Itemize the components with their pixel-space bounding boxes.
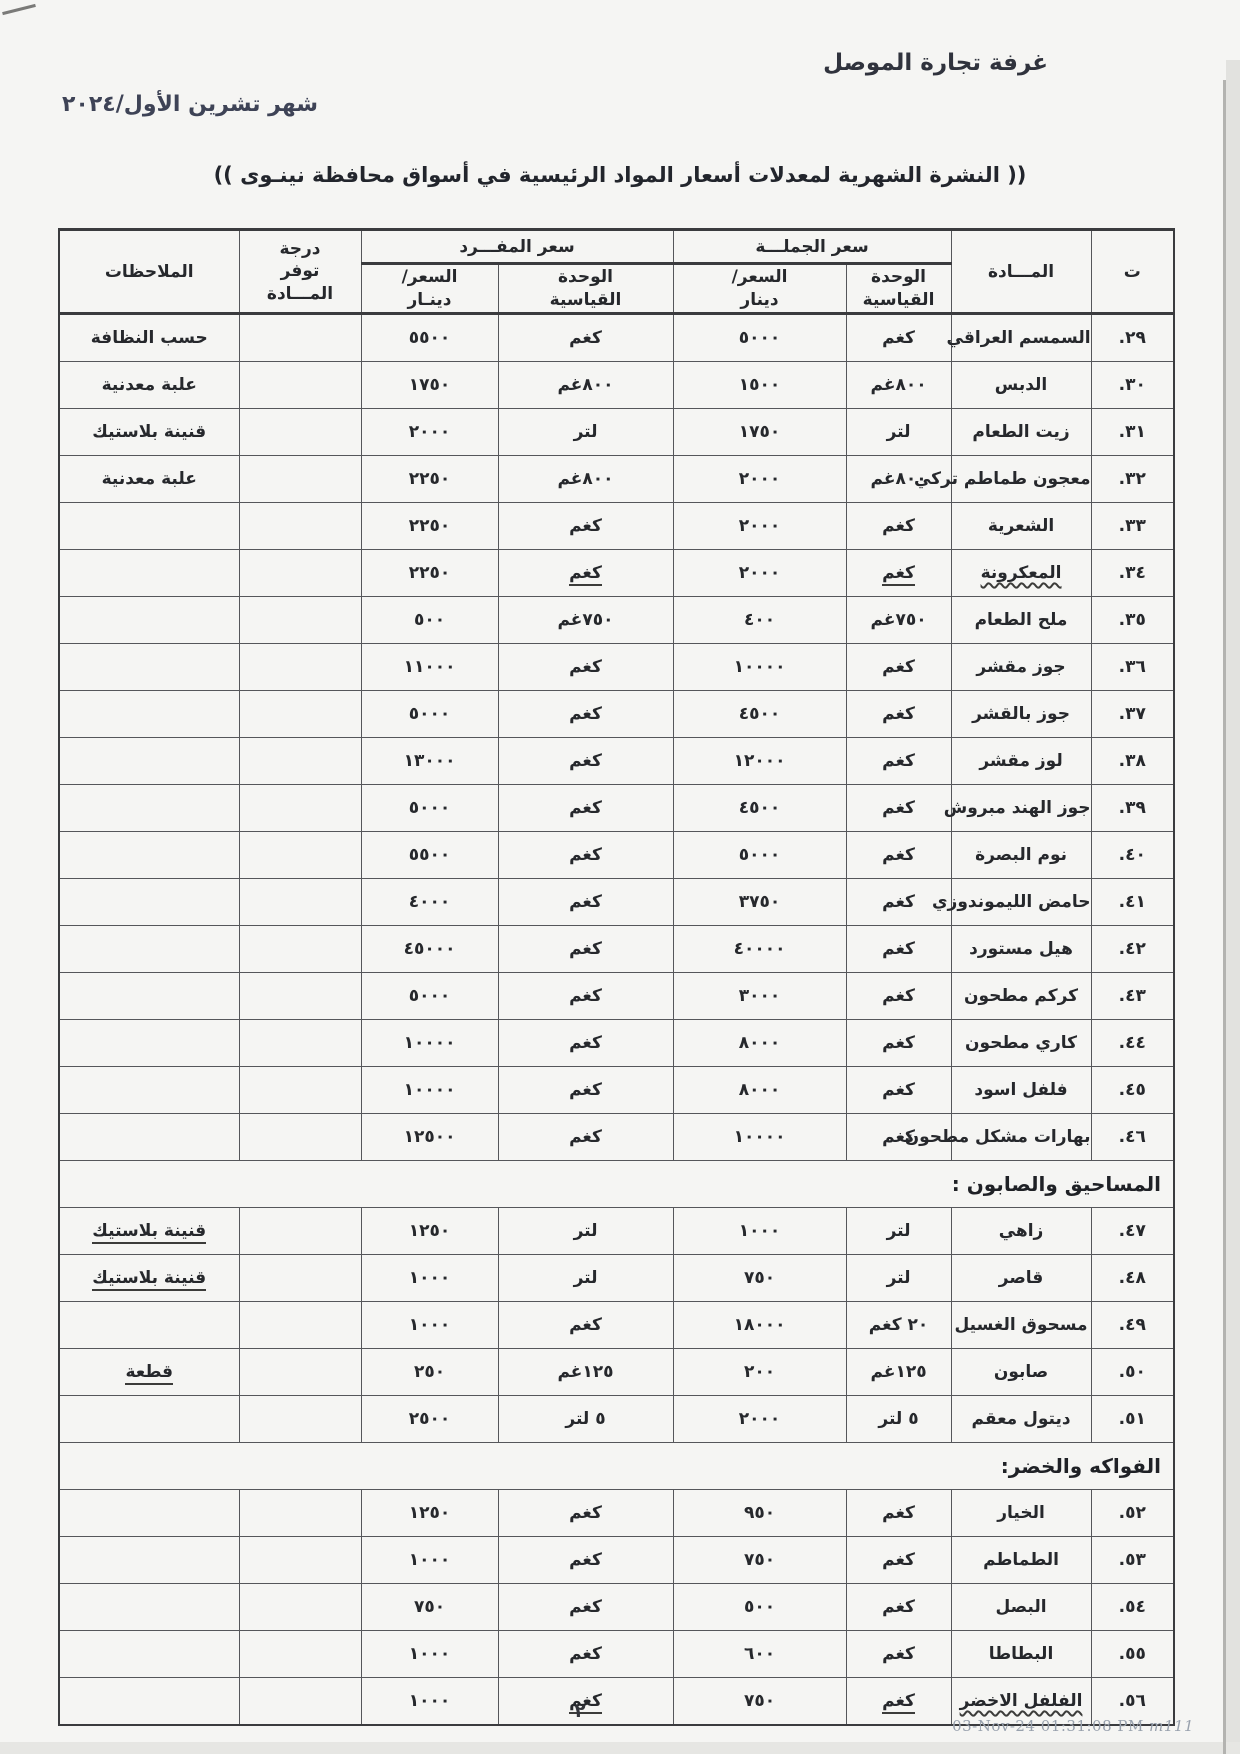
column-header-wholesale-price: السعر/ دينار bbox=[673, 264, 846, 314]
notes-cell bbox=[59, 1631, 239, 1678]
wholesale-unit-cell-text: لتر bbox=[887, 422, 911, 442]
row-number-cell: ٥٣. bbox=[1091, 1537, 1174, 1584]
retail-unit-cell-text: كغم bbox=[569, 1080, 602, 1100]
table-row: ٥٢.الخياركغم٩٥٠كغم١٢٥٠ bbox=[59, 1490, 1174, 1537]
material-cell-text: صابون bbox=[994, 1362, 1048, 1382]
wholesale-unit-cell-text: ٢٠ كغم bbox=[869, 1315, 929, 1335]
availability-cell bbox=[239, 1114, 361, 1161]
retail-unit-cell-text: كغم bbox=[569, 892, 602, 912]
wholesale-unit-cell-text: كغم bbox=[882, 1644, 915, 1664]
wholesale-unit-cell: كغم bbox=[846, 973, 951, 1020]
retail-price-cell: ٢٢٥٠ bbox=[361, 503, 498, 550]
notes-cell bbox=[59, 597, 239, 644]
retail-unit-cell-text: كغم bbox=[569, 986, 602, 1006]
retail-price-cell: ١٢٥٠ bbox=[361, 1208, 498, 1255]
chamber-name: غرفة تجارة الموصل bbox=[823, 50, 1048, 76]
retail-unit-cell-text: كغم bbox=[569, 1597, 602, 1617]
material-cell: الدبس bbox=[951, 362, 1091, 409]
wholesale-price-cell: ٢٠٠٠ bbox=[673, 456, 846, 503]
row-number-cell: ٣٧. bbox=[1091, 691, 1174, 738]
table-row: ٥٠.صابون١٢٥غم٢٠٠١٢٥غم٢٥٠قطعة bbox=[59, 1349, 1174, 1396]
wholesale-price-cell: ١٧٥٠ bbox=[673, 409, 846, 456]
retail-price-cell: ١٠٠٠٠ bbox=[361, 1020, 498, 1067]
notes-cell: قنينة بلاستيك bbox=[59, 1208, 239, 1255]
availability-cell bbox=[239, 503, 361, 550]
wholesale-unit-cell: ٨٠٠غم bbox=[846, 362, 951, 409]
wholesale-unit-cell-text: ١٢٥غم bbox=[870, 1362, 926, 1382]
row-number-cell: ٤٩. bbox=[1091, 1302, 1174, 1349]
material-cell: بهارات مشكل مطحون bbox=[951, 1114, 1091, 1161]
wholesale-price-cell-text: ٢٠٠ bbox=[744, 1362, 775, 1382]
retail-price-cell-text: ٥٠٠٠ bbox=[409, 986, 451, 1006]
unit-header-line-2: القياسية bbox=[499, 289, 673, 311]
notes-cell bbox=[59, 1302, 239, 1349]
retail-unit-cell: كغم bbox=[498, 314, 673, 362]
wholesale-price-cell-text: ٢٠٠٠ bbox=[739, 563, 781, 583]
wholesale-unit-cell-text: كغم bbox=[882, 516, 915, 536]
material-cell-text: حامض الليموندوزي bbox=[932, 892, 1091, 912]
retail-unit-cell-text: كغم bbox=[569, 516, 602, 536]
retail-unit-cell: لتر bbox=[498, 409, 673, 456]
retail-price-cell: ١٠٠٠ bbox=[361, 1255, 498, 1302]
retail-unit-cell-text: كغم bbox=[569, 1127, 602, 1147]
retail-price-cell-text: ١٠٠٠ bbox=[409, 1315, 451, 1335]
retail-price-cell: ٤٥٠٠٠ bbox=[361, 926, 498, 973]
retail-unit-cell-text: كغم bbox=[569, 328, 602, 348]
wholesale-price-cell: ٦٠٠ bbox=[673, 1631, 846, 1678]
table-row: ٤٣.كركم مطحونكغم٣٠٠٠كغم٥٠٠٠ bbox=[59, 973, 1174, 1020]
material-cell: لوز مقشر bbox=[951, 738, 1091, 785]
material-cell-text: مسحوق الغسيل bbox=[954, 1315, 1087, 1335]
retail-price-cell-text: ٢٢٥٠ bbox=[409, 469, 451, 489]
row-number-cell: ٤٣. bbox=[1091, 973, 1174, 1020]
wholesale-unit-cell: لتر bbox=[846, 1255, 951, 1302]
wholesale-price-cell: ٥٠٠٠ bbox=[673, 832, 846, 879]
wholesale-unit-cell: ١٢٥غم bbox=[846, 1349, 951, 1396]
scan-corner-mark bbox=[2, 4, 36, 15]
retail-price-cell-text: ١٣٠٠٠ bbox=[404, 751, 456, 771]
retail-price-cell: ٢٢٥٠ bbox=[361, 456, 498, 503]
material-cell: زيت الطعام bbox=[951, 409, 1091, 456]
column-header-no: ت bbox=[1091, 230, 1174, 314]
availability-cell bbox=[239, 362, 361, 409]
retail-price-cell-text: ٥٥٠٠ bbox=[409, 845, 451, 865]
wholesale-unit-cell: كغم bbox=[846, 785, 951, 832]
retail-price-cell: ٥٠٠ bbox=[361, 597, 498, 644]
retail-price-cell: ١٢٥٠٠ bbox=[361, 1114, 498, 1161]
retail-price-cell-text: ١٢٥٠٠ bbox=[404, 1127, 456, 1147]
retail-unit-cell-text: كغم bbox=[569, 1550, 602, 1570]
wholesale-price-cell: ٧٥٠ bbox=[673, 1255, 846, 1302]
wholesale-unit-cell-text: كغم bbox=[882, 1080, 915, 1100]
retail-price-cell: ٥٠٠٠ bbox=[361, 691, 498, 738]
notes-cell bbox=[59, 691, 239, 738]
wholesale-unit-cell: كغم bbox=[846, 1537, 951, 1584]
wholesale-price-cell-text: ٣٠٠٠ bbox=[739, 986, 781, 1006]
material-cell: الخيار bbox=[951, 1490, 1091, 1537]
material-cell-text: نوم البصرة bbox=[975, 845, 1067, 865]
scan-mark: m111 bbox=[1149, 1717, 1194, 1735]
retail-price-cell-text: ٢٥٠٠ bbox=[409, 1409, 451, 1429]
notes-cell bbox=[59, 973, 239, 1020]
retail-price-cell: ٥٠٠٠ bbox=[361, 973, 498, 1020]
retail-unit-cell: لتر bbox=[498, 1208, 673, 1255]
column-header-retail-unit: الوحدة القياسية bbox=[498, 264, 673, 314]
availability-cell bbox=[239, 1396, 361, 1443]
notes-cell bbox=[59, 1537, 239, 1584]
wholesale-unit-cell: ٧٥٠غم bbox=[846, 597, 951, 644]
row-number-cell-text: ٣٧. bbox=[1119, 704, 1146, 724]
material-cell: جوز الهند مبروش bbox=[951, 785, 1091, 832]
notes-cell bbox=[59, 550, 239, 597]
retail-price-cell-text: ٥٠٠ bbox=[414, 610, 445, 630]
unit-header-line-2: القياسية bbox=[847, 289, 951, 311]
row-number-cell-text: ٤٦. bbox=[1119, 1127, 1146, 1147]
paper-edge-line bbox=[1223, 80, 1226, 1754]
row-number-cell: ٤٦. bbox=[1091, 1114, 1174, 1161]
availability-cell bbox=[239, 1631, 361, 1678]
wholesale-unit-cell-text: كغم bbox=[882, 1597, 915, 1617]
wholesale-unit-cell: كغم bbox=[846, 1020, 951, 1067]
wholesale-price-cell: ١٠٠٠٠ bbox=[673, 1114, 846, 1161]
row-number-cell-text: ٣١. bbox=[1119, 422, 1146, 442]
table-row: ٥١.ديتول معقم٥ لتر٢٠٠٠٥ لتر٢٥٠٠ bbox=[59, 1396, 1174, 1443]
row-number-cell-text: ٥٠. bbox=[1119, 1362, 1146, 1382]
material-cell: جوز مقشر bbox=[951, 644, 1091, 691]
material-cell-text: جوز الهند مبروش bbox=[944, 798, 1091, 818]
material-cell: زاهي bbox=[951, 1208, 1091, 1255]
wholesale-price-cell-text: ٧٥٠ bbox=[744, 1268, 775, 1288]
table-row: ٣٣.الشعريةكغم٢٠٠٠كغم٢٢٥٠ bbox=[59, 503, 1174, 550]
table-row: ٤٦.بهارات مشكل مطحونكغم١٠٠٠٠كغم١٢٥٠٠ bbox=[59, 1114, 1174, 1161]
material-cell-text: البصل bbox=[995, 1597, 1046, 1617]
retail-unit-cell-text: لتر bbox=[574, 422, 598, 442]
table-row: ٥٤.البصلكغم٥٠٠كغم٧٥٠ bbox=[59, 1584, 1174, 1631]
retail-price-cell: ٧٥٠ bbox=[361, 1584, 498, 1631]
table-row: ٣٤.المعكرونةكغم٢٠٠٠كغم٢٢٥٠ bbox=[59, 550, 1174, 597]
price-table: ت المـــادة سعر الجملـــة سعر المفـــرد … bbox=[58, 228, 1175, 1726]
availability-cell bbox=[239, 1208, 361, 1255]
availability-cell bbox=[239, 597, 361, 644]
availability-cell bbox=[239, 879, 361, 926]
retail-price-cell: ٤٠٠٠ bbox=[361, 879, 498, 926]
row-number-cell-text: ٤٣. bbox=[1119, 986, 1146, 1006]
wholesale-price-cell-text: ٢٠٠٠ bbox=[739, 516, 781, 536]
wholesale-price-cell: ٢٠٠٠ bbox=[673, 550, 846, 597]
wholesale-price-cell-text: ١٥٠٠ bbox=[739, 375, 781, 395]
wholesale-price-cell: ١٥٠٠ bbox=[673, 362, 846, 409]
bulletin-title: (( النشرة الشهرية لمعدلات أسعار المواد ا… bbox=[0, 163, 1240, 187]
row-number-cell-text: ٤٠. bbox=[1119, 845, 1146, 865]
retail-unit-cell-text: لتر bbox=[574, 1268, 598, 1288]
retail-price-cell-text: ٤٠٠٠ bbox=[409, 892, 451, 912]
row-number-cell: ٤٢. bbox=[1091, 926, 1174, 973]
material-cell: المعكرونة bbox=[951, 550, 1091, 597]
wholesale-price-header-line-2: دينار bbox=[674, 289, 846, 311]
availability-cell bbox=[239, 832, 361, 879]
wholesale-unit-cell: ٢٠ كغم bbox=[846, 1302, 951, 1349]
wholesale-price-cell: ٤٠٠٠٠ bbox=[673, 926, 846, 973]
material-cell: مسحوق الغسيل bbox=[951, 1302, 1091, 1349]
row-number-cell-text: ٥٤. bbox=[1119, 1597, 1146, 1617]
table-row: ٣٥.ملح الطعام٧٥٠غم٤٠٠٧٥٠غم٥٠٠ bbox=[59, 597, 1174, 644]
row-number-cell-text: ٥١. bbox=[1119, 1409, 1146, 1429]
scan-timestamp-text: 03-Nov-24 01:31:08 PM bbox=[952, 1717, 1144, 1735]
column-group-retail: سعر المفـــرد bbox=[361, 230, 673, 264]
material-cell: السمسم العراقي bbox=[951, 314, 1091, 362]
wholesale-unit-cell: كغم bbox=[846, 1067, 951, 1114]
retail-unit-cell: كغم bbox=[498, 1302, 673, 1349]
retail-unit-cell: كغم bbox=[498, 1114, 673, 1161]
wholesale-unit-cell: كغم bbox=[846, 1631, 951, 1678]
material-cell: الطماطم bbox=[951, 1537, 1091, 1584]
notes-cell bbox=[59, 879, 239, 926]
column-header-material: المـــادة bbox=[951, 230, 1091, 314]
month-label: شهر تشرين الأول/٢٠٢٤ bbox=[62, 92, 318, 117]
row-number-cell: ٣٩. bbox=[1091, 785, 1174, 832]
wholesale-price-cell-text: ٨٠٠٠ bbox=[739, 1080, 781, 1100]
notes-cell-text: علبة معدنية bbox=[102, 469, 197, 489]
retail-unit-cell: كغم bbox=[498, 738, 673, 785]
wholesale-unit-cell-text: كغم bbox=[882, 892, 915, 912]
row-number-cell: ٣٦. bbox=[1091, 644, 1174, 691]
availability-cell bbox=[239, 691, 361, 738]
notes-cell: قطعة bbox=[59, 1349, 239, 1396]
wholesale-unit-cell-text: لتر bbox=[887, 1221, 911, 1241]
table-row: ٣١.زيت الطعاملتر١٧٥٠لتر٢٠٠٠قنينة بلاستيك bbox=[59, 409, 1174, 456]
wholesale-price-cell: ٢٠٠ bbox=[673, 1349, 846, 1396]
retail-price-cell-text: ١٠٠٠٠ bbox=[404, 1033, 456, 1053]
material-cell: جوز بالقشر bbox=[951, 691, 1091, 738]
wholesale-price-cell-text: ٤٥٠٠ bbox=[739, 704, 781, 724]
retail-unit-cell: كغم bbox=[498, 691, 673, 738]
material-cell-text: الشعرية bbox=[988, 516, 1054, 536]
wholesale-price-cell: ٤٥٠٠ bbox=[673, 785, 846, 832]
material-cell: كركم مطحون bbox=[951, 973, 1091, 1020]
retail-unit-cell-text: كغم bbox=[569, 563, 602, 586]
wholesale-price-cell-text: ٤٠٠٠٠ bbox=[734, 939, 786, 959]
availability-line-1: درجة bbox=[240, 238, 361, 260]
wholesale-unit-cell-text: كغم bbox=[882, 798, 915, 818]
row-number-cell: ٥٤. bbox=[1091, 1584, 1174, 1631]
row-number-cell-text: ٤٩. bbox=[1119, 1315, 1146, 1335]
retail-price-cell: ٢٥٠ bbox=[361, 1349, 498, 1396]
notes-cell: قنينة بلاستيك bbox=[59, 409, 239, 456]
row-number-cell-text: ٥٣. bbox=[1119, 1550, 1146, 1570]
table-row: ٣٢.معجون طماطم تركي٨٠٠غم٢٠٠٠٨٠٠غم٢٢٥٠علب… bbox=[59, 456, 1174, 503]
wholesale-price-cell-text: ١٠٠٠٠ bbox=[734, 1127, 786, 1147]
availability-cell bbox=[239, 1067, 361, 1114]
notes-cell-text: قنينة بلاستيك bbox=[92, 422, 206, 442]
section-row: الفواكه والخضر: bbox=[59, 1443, 1174, 1490]
retail-unit-cell-text: لتر bbox=[574, 1221, 598, 1241]
wholesale-unit-cell: كغم bbox=[846, 832, 951, 879]
wholesale-unit-cell: ٥ لتر bbox=[846, 1396, 951, 1443]
retail-unit-cell-text: كغم bbox=[569, 1644, 602, 1664]
availability-cell bbox=[239, 314, 361, 362]
material-cell-text: الخيار bbox=[997, 1503, 1045, 1523]
material-cell: فلفل اسود bbox=[951, 1067, 1091, 1114]
availability-cell bbox=[239, 550, 361, 597]
retail-price-cell: ٢٥٠٠ bbox=[361, 1396, 498, 1443]
wholesale-price-cell-text: ٢٠٠٠ bbox=[739, 469, 781, 489]
retail-price-cell: ١٠٠٠ bbox=[361, 1302, 498, 1349]
wholesale-price-cell-text: ١٨٠٠٠ bbox=[734, 1315, 786, 1335]
material-cell-text: فلفل اسود bbox=[974, 1080, 1067, 1100]
table-row: ٢٩.السمسم العراقيكغم٥٠٠٠كغم٥٥٠٠حسب النظا… bbox=[59, 314, 1174, 362]
retail-price-cell: ١١٠٠٠ bbox=[361, 644, 498, 691]
material-cell: نوم البصرة bbox=[951, 832, 1091, 879]
wholesale-price-cell-text: ٣٧٥٠ bbox=[739, 892, 781, 912]
notes-cell bbox=[59, 1584, 239, 1631]
availability-cell bbox=[239, 1020, 361, 1067]
retail-price-cell: ٢٢٥٠ bbox=[361, 550, 498, 597]
retail-unit-cell: كغم bbox=[498, 550, 673, 597]
wholesale-price-cell-text: ٩٥٠ bbox=[744, 1503, 775, 1523]
material-cell: ديتول معقم bbox=[951, 1396, 1091, 1443]
wholesale-unit-cell: كغم bbox=[846, 691, 951, 738]
wholesale-unit-cell: كغم bbox=[846, 314, 951, 362]
retail-price-cell: ١٢٥٠ bbox=[361, 1490, 498, 1537]
wholesale-price-header-line-1: السعر/ bbox=[674, 266, 846, 288]
wholesale-unit-cell: لتر bbox=[846, 409, 951, 456]
wholesale-price-cell: ٢٠٠٠ bbox=[673, 1396, 846, 1443]
notes-cell: علبة معدنية bbox=[59, 362, 239, 409]
material-cell-text: البطاطا bbox=[989, 1644, 1054, 1664]
row-number-cell: ٤٨. bbox=[1091, 1255, 1174, 1302]
table-row: ٤٧.زاهيلتر١٠٠٠لتر١٢٥٠قنينة بلاستيك bbox=[59, 1208, 1174, 1255]
material-cell: البطاطا bbox=[951, 1631, 1091, 1678]
wholesale-price-cell: ٩٥٠ bbox=[673, 1490, 846, 1537]
material-cell: البصل bbox=[951, 1584, 1091, 1631]
table-row: ٤٥.فلفل اسودكغم٨٠٠٠كغم١٠٠٠٠ bbox=[59, 1067, 1174, 1114]
row-number-cell-text: ٣٤. bbox=[1119, 563, 1146, 583]
availability-cell bbox=[239, 1255, 361, 1302]
retail-price-cell-text: ١٢٥٠ bbox=[409, 1221, 451, 1241]
retail-unit-cell: كغم bbox=[498, 1537, 673, 1584]
notes-cell bbox=[59, 926, 239, 973]
wholesale-price-cell: ٥٠٠ bbox=[673, 1584, 846, 1631]
wholesale-unit-cell-text: ٥ لتر bbox=[878, 1409, 918, 1429]
retail-unit-cell: ٧٥٠غم bbox=[498, 597, 673, 644]
column-header-retail-price: السعر/ دينـار bbox=[361, 264, 498, 314]
retail-price-header-line-2: دينـار bbox=[362, 289, 498, 311]
row-number-cell: ٣١. bbox=[1091, 409, 1174, 456]
retail-unit-cell-text: كغم bbox=[569, 1315, 602, 1335]
wholesale-unit-cell-text: كغم bbox=[882, 939, 915, 959]
retail-unit-cell: كغم bbox=[498, 1631, 673, 1678]
availability-cell bbox=[239, 456, 361, 503]
table-row: ٤٠.نوم البصرةكغم٥٠٠٠كغم٥٥٠٠ bbox=[59, 832, 1174, 879]
material-cell-text: بهارات مشكل مطحون bbox=[905, 1127, 1091, 1147]
retail-unit-cell-text: كغم bbox=[569, 939, 602, 959]
row-number-cell: ٤١. bbox=[1091, 879, 1174, 926]
row-number-cell-text: ٥٢. bbox=[1119, 1503, 1146, 1523]
row-number-cell: ٥٥. bbox=[1091, 1631, 1174, 1678]
wholesale-price-cell-text: ٢٠٠٠ bbox=[739, 1409, 781, 1429]
wholesale-unit-cell-text: كغم bbox=[882, 1550, 915, 1570]
wholesale-unit-cell-text: كغم bbox=[882, 751, 915, 771]
wholesale-price-cell: ١٢٠٠٠ bbox=[673, 738, 846, 785]
column-header-notes: الملاحظات bbox=[59, 230, 239, 314]
retail-unit-cell-text: ٨٠٠غم bbox=[557, 469, 613, 489]
retail-unit-cell: ٨٠٠غم bbox=[498, 362, 673, 409]
row-number-cell: ٤٤. bbox=[1091, 1020, 1174, 1067]
wholesale-price-cell-text: ١٠٠٠ bbox=[739, 1221, 781, 1241]
scan-timestamp: 03-Nov-24 01:31:08 PM m111 bbox=[952, 1717, 1194, 1735]
availability-line-2: توفر bbox=[240, 260, 361, 282]
wholesale-unit-cell: كغم bbox=[846, 1584, 951, 1631]
row-number-cell-text: ٣٦. bbox=[1119, 657, 1146, 677]
retail-price-cell: ١٠٠٠٠ bbox=[361, 1067, 498, 1114]
material-cell-text: ديتول معقم bbox=[972, 1409, 1071, 1429]
wholesale-unit-cell-text: كغم bbox=[882, 1127, 915, 1147]
wholesale-unit-cell-text: كغم bbox=[882, 986, 915, 1006]
table-row: ٣٠.الدبس٨٠٠غم١٥٠٠٨٠٠غم١٧٥٠علبة معدنية bbox=[59, 362, 1174, 409]
notes-cell: علبة معدنية bbox=[59, 456, 239, 503]
retail-price-cell: ١٧٥٠ bbox=[361, 362, 498, 409]
retail-price-cell-text: ١٠٠٠ bbox=[409, 1644, 451, 1664]
wholesale-price-cell-text: ٦٠٠ bbox=[744, 1644, 775, 1664]
notes-cell: قنينة بلاستيك bbox=[59, 1255, 239, 1302]
wholesale-price-cell-text: ٨٠٠٠ bbox=[739, 1033, 781, 1053]
wholesale-price-cell-text: ٥٠٠ bbox=[744, 1597, 775, 1617]
wholesale-price-cell: ٢٠٠٠ bbox=[673, 503, 846, 550]
wholesale-price-cell-text: ١٠٠٠٠ bbox=[734, 657, 786, 677]
retail-price-cell-text: ٤٥٠٠٠ bbox=[404, 939, 456, 959]
section-row: المساحيق والصابون : bbox=[59, 1161, 1174, 1208]
row-number-cell-text: ٤٧. bbox=[1119, 1221, 1146, 1241]
wholesale-price-cell: ٣٧٥٠ bbox=[673, 879, 846, 926]
availability-cell bbox=[239, 1584, 361, 1631]
retail-price-cell: ٥٥٠٠ bbox=[361, 314, 498, 362]
retail-unit-cell: كغم bbox=[498, 503, 673, 550]
availability-cell bbox=[239, 409, 361, 456]
wholesale-unit-cell-text: كغم bbox=[882, 704, 915, 724]
row-number-cell: ٣٤. bbox=[1091, 550, 1174, 597]
retail-unit-cell: كغم bbox=[498, 1584, 673, 1631]
row-number-cell-text: ٣٥. bbox=[1119, 610, 1146, 630]
availability-cell bbox=[239, 926, 361, 973]
row-number-cell-text: ٣٩. bbox=[1119, 798, 1146, 818]
table-row: ٣٨.لوز مقشركغم١٢٠٠٠كغم١٣٠٠٠ bbox=[59, 738, 1174, 785]
row-number-cell: ٣٣. bbox=[1091, 503, 1174, 550]
row-number-cell-text: ٤٨. bbox=[1119, 1268, 1146, 1288]
notes-cell-text: علبة معدنية bbox=[102, 375, 197, 395]
retail-price-cell-text: ٢٥٠ bbox=[414, 1362, 445, 1382]
material-cell: حامض الليموندوزي bbox=[951, 879, 1091, 926]
retail-price-cell-text: ٧٥٠ bbox=[414, 1597, 445, 1617]
wholesale-unit-cell: كغم bbox=[846, 1490, 951, 1537]
wholesale-price-cell-text: ٧٥٠ bbox=[744, 1550, 775, 1570]
wholesale-unit-cell-text: كغم bbox=[882, 563, 915, 586]
retail-unit-cell: كغم bbox=[498, 1490, 673, 1537]
retail-unit-cell: كغم bbox=[498, 926, 673, 973]
retail-price-cell-text: ٥٥٠٠ bbox=[409, 328, 451, 348]
wholesale-price-cell: ٤٥٠٠ bbox=[673, 691, 846, 738]
row-number-cell: ٥٠. bbox=[1091, 1349, 1174, 1396]
table-row: ٤١.حامض الليموندوزيكغم٣٧٥٠كغم٤٠٠٠ bbox=[59, 879, 1174, 926]
retail-unit-cell: كغم bbox=[498, 644, 673, 691]
row-number-cell-text: ٣٨. bbox=[1119, 751, 1146, 771]
retail-price-cell-text: ١٠٠٠ bbox=[409, 1550, 451, 1570]
material-cell-text: الطماطم bbox=[983, 1550, 1059, 1570]
row-number-cell: ٥١. bbox=[1091, 1396, 1174, 1443]
retail-price-cell-text: ٥٠٠٠ bbox=[409, 798, 451, 818]
price-table-header: ت المـــادة سعر الجملـــة سعر المفـــرد … bbox=[59, 230, 1174, 314]
notes-cell-text: قطعة bbox=[125, 1362, 173, 1385]
retail-price-cell-text: ١٠٠٠ bbox=[409, 1268, 451, 1288]
